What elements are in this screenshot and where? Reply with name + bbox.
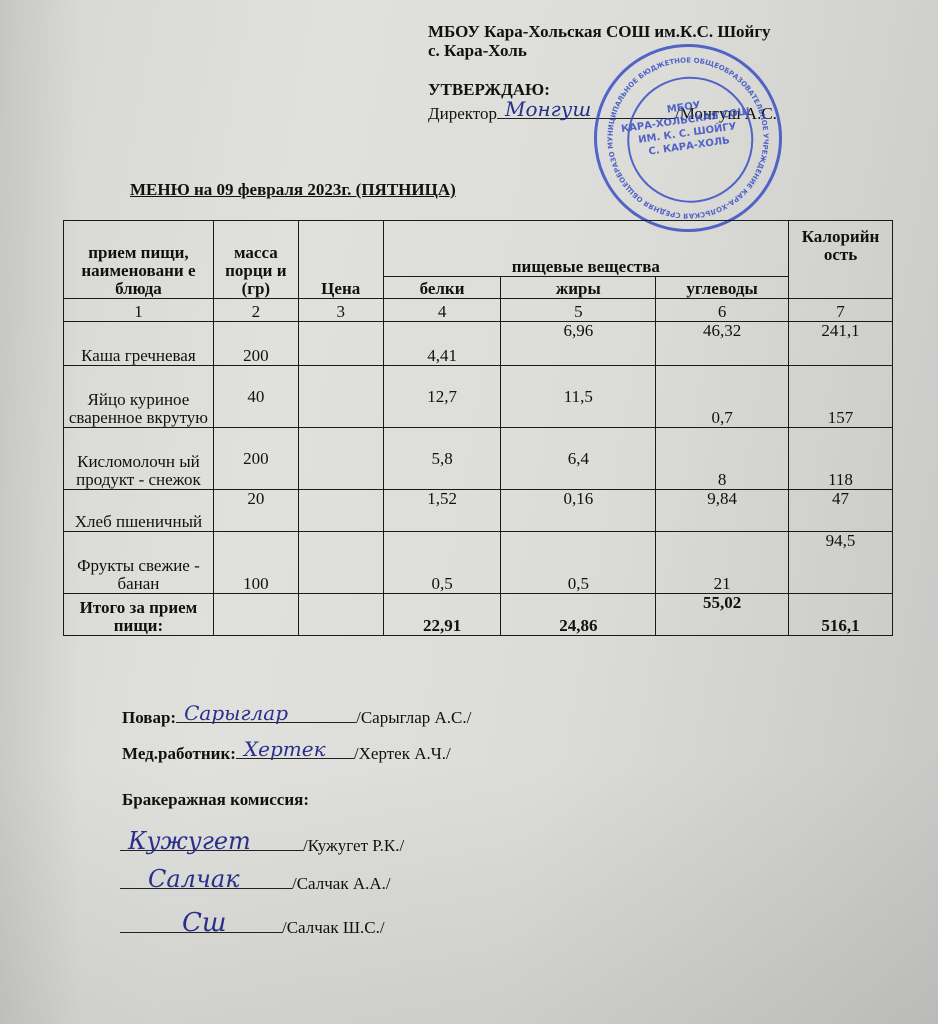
calories-cell: 47 [789, 490, 893, 532]
member-signature-line: Кужугет [120, 832, 303, 851]
index-cell: 4 [383, 299, 501, 322]
commission-label: Бракеражная комиссия: [122, 790, 309, 810]
index-cell: 3 [298, 299, 383, 322]
medic-signature-row: Мед.работник:Хертек/Хертек А.Ч./ [122, 740, 451, 764]
mass-cell: 40 [213, 366, 298, 428]
member-signature: Кужугет [128, 831, 251, 851]
table-row: Хлеб пшеничный 20 1,52 0,16 9,84 47 [64, 490, 893, 532]
medic-signature: Хертек [244, 739, 326, 759]
menu-table: прием пищи, наименовани е блюда масса по… [63, 220, 893, 636]
official-stamp: МУНИЦИПАЛЬНОЕ БЮДЖЕТНОЕ ОБЩЕОБРАЗОВАТЕЛЬ… [582, 32, 794, 244]
dish-cell: Кисломолочн ый продукт - снежок [64, 428, 214, 490]
dish-cell: Яйцо куриное сваренное вкрутую [64, 366, 214, 428]
price-cell [298, 366, 383, 428]
header-protein: белки [383, 277, 501, 299]
cook-signature-line: Сарыглар [176, 704, 356, 723]
total-protein: 22,91 [383, 594, 501, 636]
price-cell [298, 490, 383, 532]
medic-name: /Хертек А.Ч./ [354, 744, 451, 763]
total-fat: 24,86 [501, 594, 656, 636]
member-name: /Кужугет Р.К./ [303, 836, 404, 855]
mass-cell: 20 [213, 490, 298, 532]
mass-cell: 200 [213, 428, 298, 490]
cook-signature-row: Повар:Сарыглар/Сарыглар А.С./ [122, 704, 471, 728]
calories-cell: 94,5 [789, 532, 893, 594]
index-cell: 6 [656, 299, 789, 322]
header-mass: масса порци и (гр) [213, 221, 298, 299]
fat-cell: 6,96 [501, 322, 656, 366]
calories-cell: 157 [789, 366, 893, 428]
table-row: Яйцо куриное сваренное вкрутую 40 12,7 1… [64, 366, 893, 428]
mass-cell: 200 [213, 322, 298, 366]
total-carbs: 55,02 [656, 594, 789, 636]
calories-cell: 118 [789, 428, 893, 490]
protein-cell: 12,7 [383, 366, 501, 428]
cook-label: Повар: [122, 708, 176, 727]
commission-member-row: Салчак/Салчак А.А./ [120, 870, 391, 894]
cook-signature: Сарыглар [184, 703, 288, 723]
header-calories: Калорийн ость [789, 221, 893, 299]
fat-cell: 11,5 [501, 366, 656, 428]
school-name: МБОУ Кара-Хольская СОШ им.К.С. Шойгу [428, 22, 771, 41]
index-row: 1 2 3 4 5 6 7 [64, 299, 893, 322]
table-row: Кисломолочн ый продукт - снежок 200 5,8 … [64, 428, 893, 490]
table-row: Фрукты свежие - банан 100 0,5 0,5 21 94,… [64, 532, 893, 594]
header-fat: жиры [501, 277, 656, 299]
table-row: Каша гречневая 200 4,41 6,96 46,32 241,1 [64, 322, 893, 366]
price-cell [298, 428, 383, 490]
header-price: Цена [298, 221, 383, 299]
table-header-row: прием пищи, наименовани е блюда масса по… [64, 221, 893, 277]
total-price [298, 594, 383, 636]
carbs-cell: 46,32 [656, 322, 789, 366]
member-signature: Салчак [148, 869, 240, 889]
director-signature: Монгуш [505, 99, 591, 119]
carbs-cell: 9,84 [656, 490, 789, 532]
calories-cell: 241,1 [789, 322, 893, 366]
header-carbs: углеводы [656, 277, 789, 299]
index-cell: 5 [501, 299, 656, 322]
medic-signature-line: Хертек [236, 740, 354, 759]
carbs-cell: 8 [656, 428, 789, 490]
member-signature-line: Сш [120, 914, 282, 933]
director-role: Директор [428, 104, 497, 123]
fat-cell: 6,4 [501, 428, 656, 490]
commission-member-row: Кужугет/Кужугет Р.К./ [120, 832, 404, 856]
total-label: Итого за прием пищи: [64, 594, 214, 636]
protein-cell: 1,52 [383, 490, 501, 532]
protein-cell: 5,8 [383, 428, 501, 490]
commission-member-row: Сш/Салчак Ш.С./ [120, 914, 385, 938]
carbs-cell: 0,7 [656, 366, 789, 428]
index-cell: 7 [789, 299, 893, 322]
index-cell: 2 [213, 299, 298, 322]
total-row: Итого за прием пищи: 22,91 24,86 55,02 5… [64, 594, 893, 636]
price-cell [298, 532, 383, 594]
total-mass [213, 594, 298, 636]
index-cell: 1 [64, 299, 214, 322]
header-dish: прием пищи, наименовани е блюда [64, 221, 214, 299]
member-signature: Сш [182, 913, 227, 933]
member-name: /Салчак Ш.С./ [282, 918, 385, 937]
fat-cell: 0,5 [501, 532, 656, 594]
total-calories: 516,1 [789, 594, 893, 636]
cook-name: /Сарыглар А.С./ [356, 708, 471, 727]
mass-cell: 100 [213, 532, 298, 594]
member-name: /Салчак А.А./ [292, 874, 391, 893]
fat-cell: 0,16 [501, 490, 656, 532]
header-nutrients: пищевые вещества [383, 221, 788, 277]
price-cell [298, 322, 383, 366]
dish-cell: Фрукты свежие - банан [64, 532, 214, 594]
dish-cell: Каша гречневая [64, 322, 214, 366]
protein-cell: 4,41 [383, 322, 501, 366]
protein-cell: 0,5 [383, 532, 501, 594]
medic-label: Мед.работник: [122, 744, 236, 763]
member-signature-line: Салчак [120, 870, 292, 889]
menu-title: МЕНЮ на 09 февраля 2023г. (ПЯТНИЦА) [130, 180, 456, 200]
dish-cell: Хлеб пшеничный [64, 490, 214, 532]
carbs-cell: 21 [656, 532, 789, 594]
